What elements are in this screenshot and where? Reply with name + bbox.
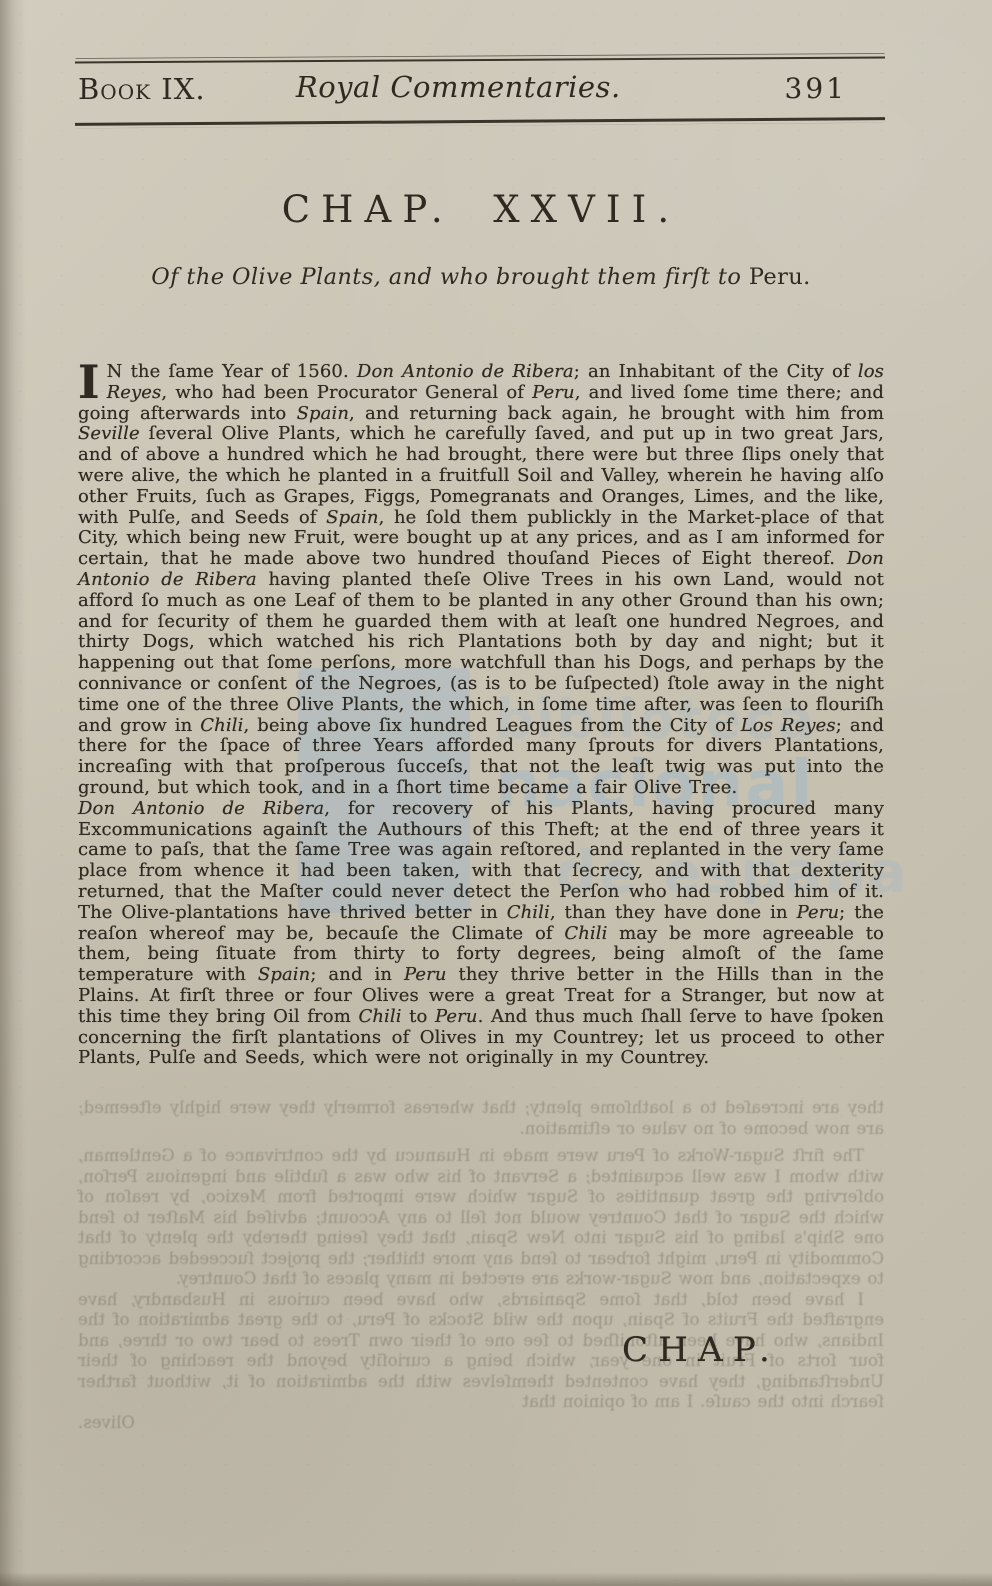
running-title: Royal Commentaries. bbox=[296, 70, 621, 104]
drop-cap: I bbox=[78, 362, 107, 403]
page-gutter-shadow bbox=[0, 0, 26, 1586]
chapter-subtitle: Of the Olive Plants, and who brought the… bbox=[78, 264, 884, 290]
header-rule-top bbox=[75, 57, 885, 64]
chapter-subtitle-italic: Of the Olive Plants, and who brought the… bbox=[151, 264, 749, 290]
header-row: Book IX. Royal Commentaries. 391 bbox=[78, 70, 884, 112]
page-bottom-shade bbox=[0, 1572, 992, 1586]
paragraph: Don Antonio de Ribera, for recovery of h… bbox=[78, 799, 884, 1069]
header-rule-bottom bbox=[75, 117, 885, 126]
bleed-line: they are increaſed to a loathſome plenty… bbox=[78, 1098, 884, 1139]
book-label: Book IX. bbox=[78, 72, 206, 106]
bleed-through-text: they are increaſed to a loathſome plenty… bbox=[78, 1098, 884, 1433]
body-text: IN the ſame Year of 1560. Don Antonio de… bbox=[78, 362, 884, 1069]
chapter-subtitle-roman: Peru. bbox=[749, 264, 811, 290]
book-page-scan: biblioteca nacional de españa Book IX. R… bbox=[0, 0, 992, 1586]
paragraph: IN the ſame Year of 1560. Don Antonio de… bbox=[78, 362, 884, 799]
catchword: CHAP. bbox=[622, 1330, 780, 1370]
chapter-heading: CHAP. XXVII. bbox=[78, 188, 884, 231]
page-number: 391 bbox=[785, 72, 847, 105]
bleed-line: The firſt Sugar-Works of Peru were made … bbox=[78, 1146, 884, 1290]
bleed-line: Olives. bbox=[78, 1413, 884, 1434]
